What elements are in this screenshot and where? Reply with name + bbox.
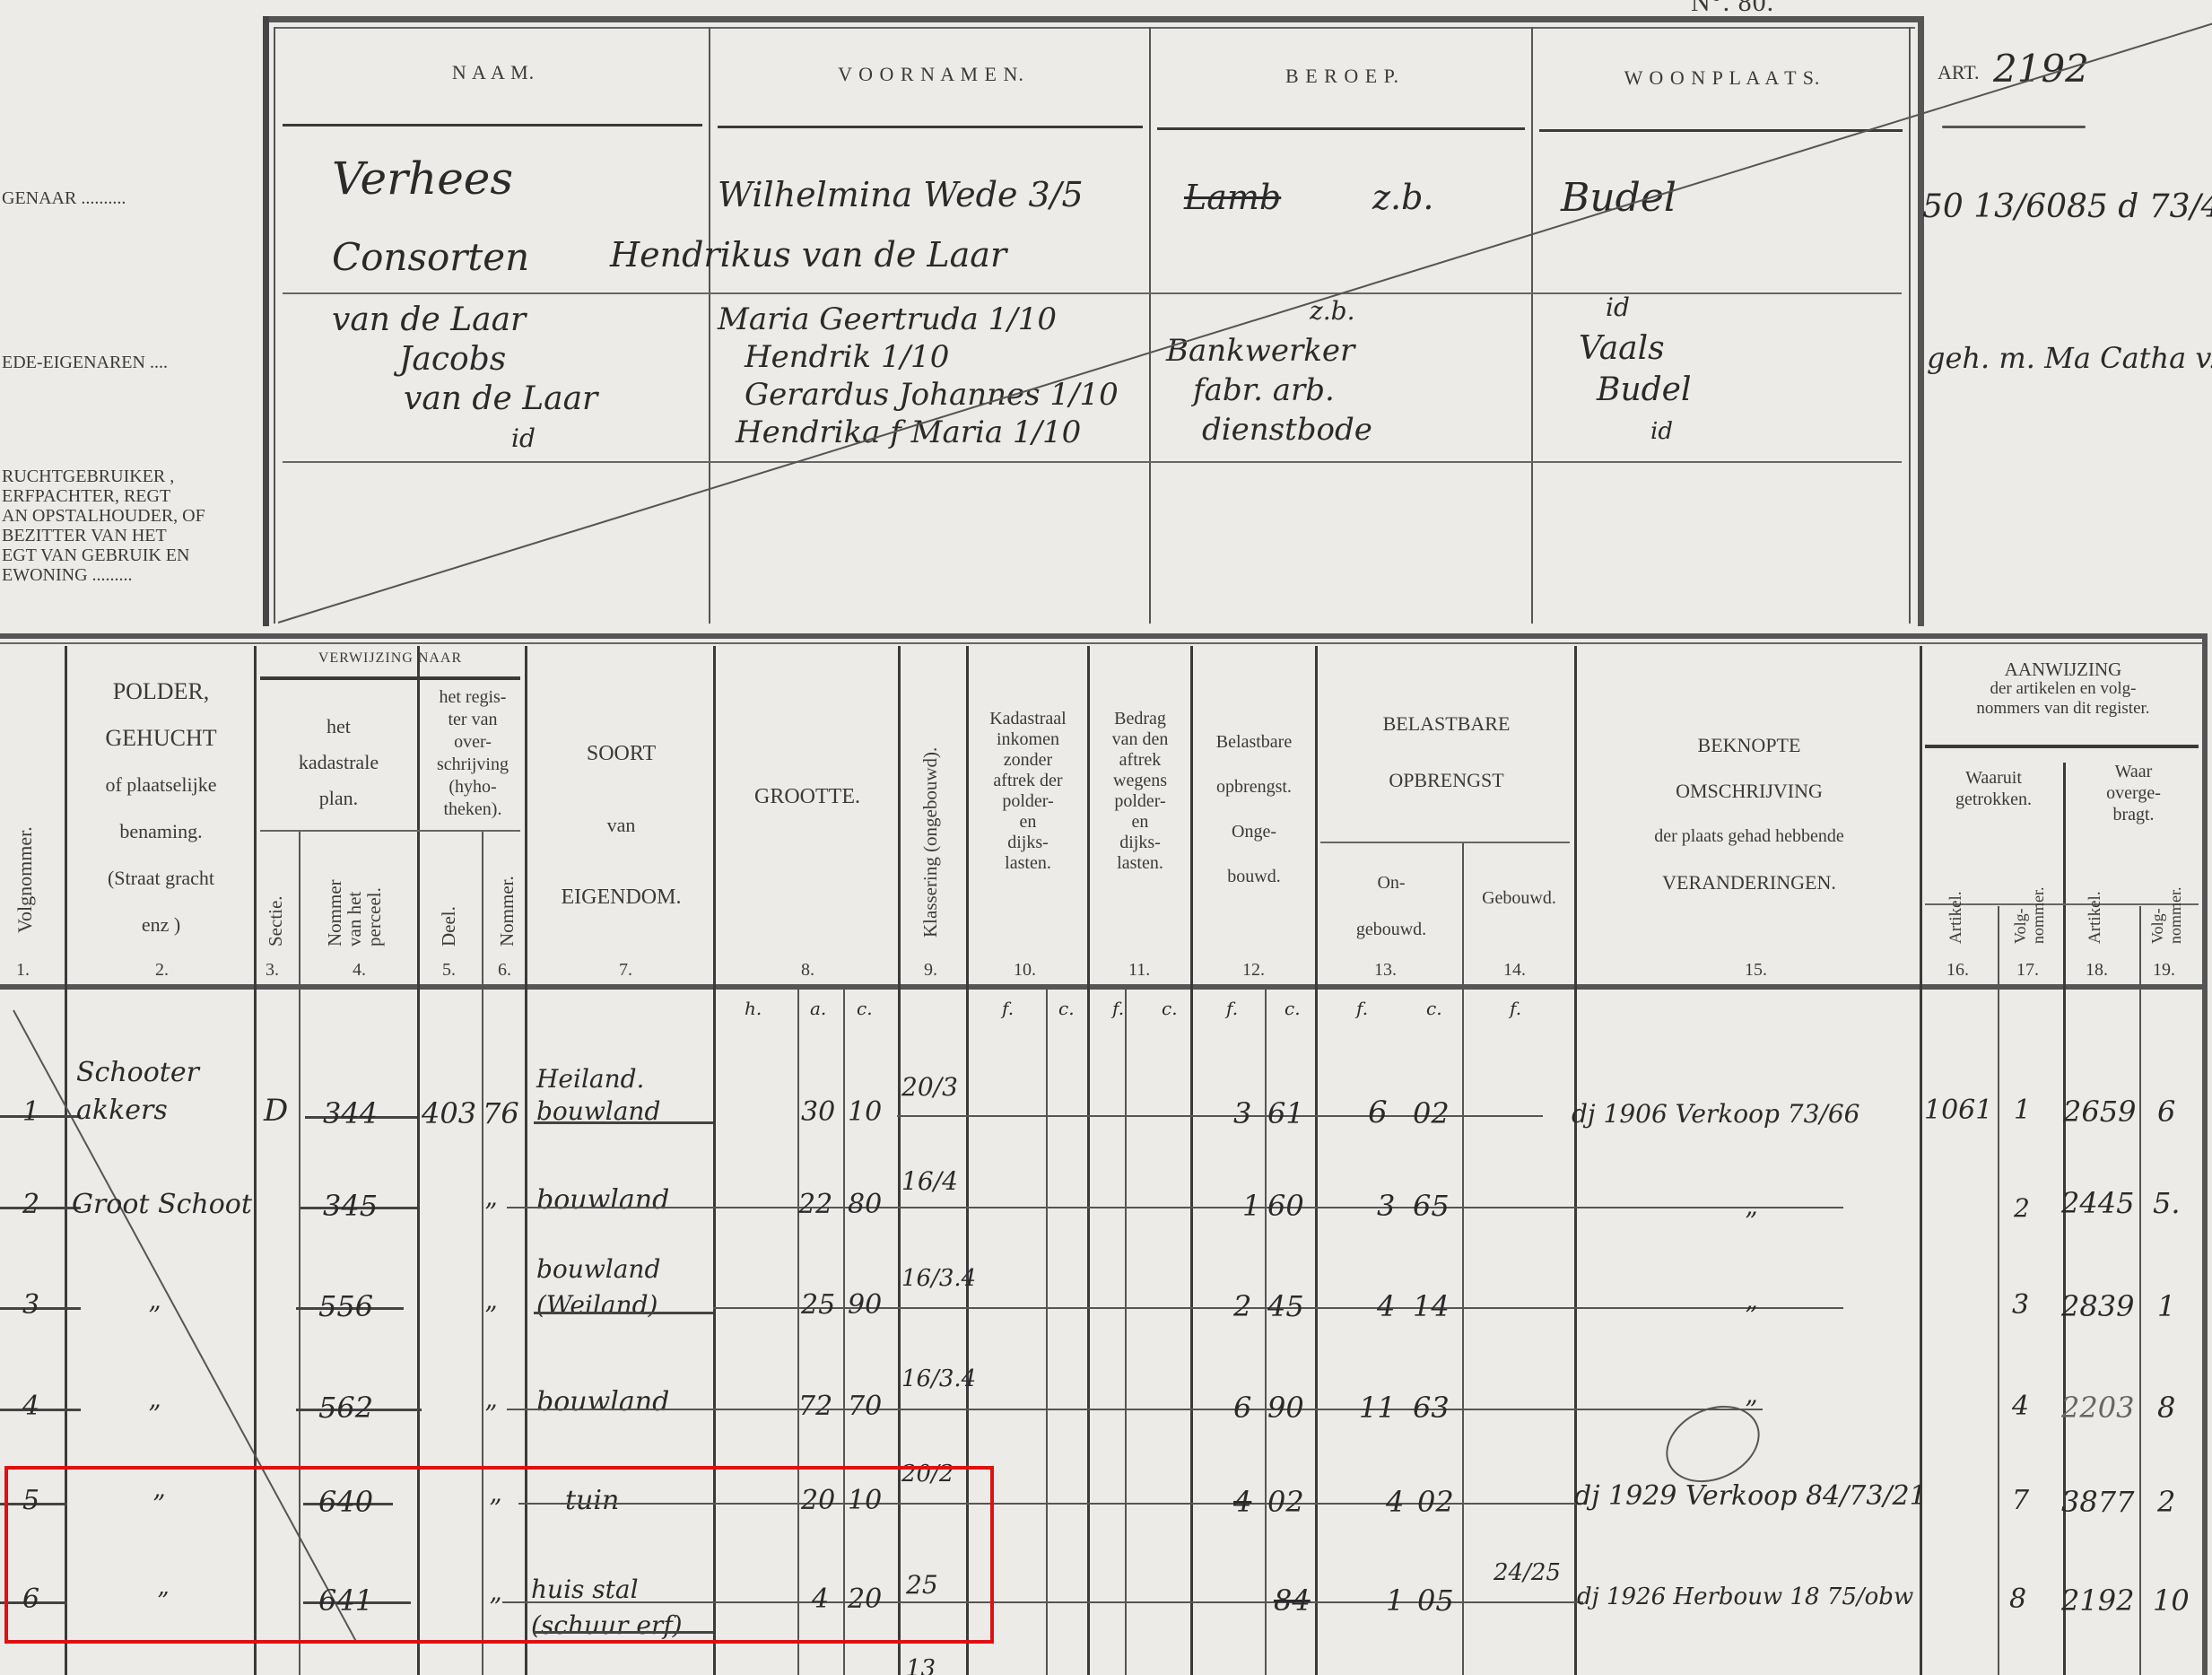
col-number-2: 2. xyxy=(155,960,169,981)
row-polder: ” xyxy=(148,1400,161,1429)
row-ongebouwd-c: 14 xyxy=(1413,1289,1450,1323)
row-omschrijving: dj 1929 Verkoop 84/73/21 xyxy=(1574,1480,1927,1512)
header-deel: Deel. xyxy=(438,906,460,947)
header-ongebouwd: On- gebouwd. xyxy=(1320,859,1462,953)
header-woonplaats: W O O N P L A A T S. xyxy=(1536,66,1909,90)
row-polder: ” xyxy=(148,1301,161,1330)
label-usufruct: RUCHTGEBRUIKER , ERFPACHTER, REGT AN OPS… xyxy=(2,467,205,585)
row-opbrengst-c: 84 xyxy=(1274,1583,1311,1618)
row-ongebouwd-c: 63 xyxy=(1413,1391,1450,1425)
row-area-c: 10 xyxy=(848,1096,882,1128)
row-ongebouwd-f: 3 xyxy=(1377,1189,1395,1223)
row-volg: 1 xyxy=(22,1096,39,1128)
header-nommer-perceel: Nommer van het perceel. xyxy=(325,848,384,947)
row-area-a: 72 xyxy=(798,1391,832,1422)
row-artikel-18: 2192 xyxy=(2061,1583,2134,1618)
row-area-a: 30 xyxy=(801,1096,835,1128)
header-volg-17: Volg- nommer. xyxy=(2011,872,2047,944)
row-volg-19: 8 xyxy=(2157,1391,2175,1425)
row-perceel: 344 xyxy=(323,1096,378,1130)
col-number-6: 6. xyxy=(498,960,511,981)
col-number-14: 14. xyxy=(1503,960,1526,981)
row-artikel-18: 2659 xyxy=(2063,1095,2136,1129)
row-artikel-18: 2203 xyxy=(2061,1391,2134,1425)
row-volg-17: 4 xyxy=(2012,1391,2029,1422)
unit-c-13: c. xyxy=(1426,998,1442,1019)
article-underline xyxy=(1942,126,2086,128)
owner-beroep: Lamb xyxy=(1184,178,1281,217)
col-number-4: 4. xyxy=(353,960,366,981)
row-opbrengst-f: 2 xyxy=(1233,1289,1251,1323)
header-voornamen: V O O R N A M E N. xyxy=(713,63,1149,86)
col-number-13: 13. xyxy=(1374,960,1397,981)
col-number-18: 18. xyxy=(2086,960,2108,981)
header-gebouwd: Gebouwd. xyxy=(1464,888,1574,909)
row-volg-17: 2 xyxy=(2014,1193,2030,1223)
col-number-3: 3. xyxy=(266,960,279,981)
row-area-a: 25 xyxy=(801,1289,835,1321)
header-waar: Waar overge- bragt. xyxy=(2065,761,2202,825)
row-ongebouwd-c: 02 xyxy=(1417,1485,1454,1519)
row-volg-19: 1 xyxy=(2157,1289,2175,1323)
col-number-7: 7. xyxy=(619,960,632,981)
label-owner: GENAAR .......... xyxy=(2,188,126,209)
row-ongebouwd-f: 1 xyxy=(1386,1583,1404,1618)
row-omschrijving: ” xyxy=(1745,1301,1757,1330)
row-gebouwd-f: 24/25 xyxy=(1494,1557,1561,1589)
header-polder: POLDER, GEHUCHT of plaatselijke benaming… xyxy=(68,668,254,948)
article-label: ART. xyxy=(1938,61,1980,84)
row-opbrengst-f: 4 xyxy=(1233,1485,1251,1519)
row-sectie: D xyxy=(264,1093,288,1129)
header-verwijzing: VERWIJZING NAAR xyxy=(260,650,520,667)
row-volg-17: 1 xyxy=(2014,1095,2031,1126)
col-number-8: 8. xyxy=(801,960,814,981)
margin-note-1: 50 13/6085 d 73/4 dj xyxy=(1922,188,2212,225)
header-kadaster: het kadastrale plan. xyxy=(260,709,417,816)
header-artikel-18: Artikel. xyxy=(2086,891,2105,944)
col-number-12: 12. xyxy=(1242,960,1265,981)
owner-beroep-2: z.b. xyxy=(1372,178,1434,217)
owner-voornamen: Wilhelmina Wede 3/5 xyxy=(718,175,1084,214)
header-klassering: Klassering (ongebouwd). xyxy=(919,747,942,938)
row-volg-19: 6 xyxy=(2157,1095,2175,1129)
row-area-c: 70 xyxy=(848,1391,882,1422)
row-area-c: 90 xyxy=(848,1289,882,1321)
row-soort: bouwland xyxy=(536,1386,669,1418)
partial-row-klasse: 13 xyxy=(906,1655,936,1675)
row-perceel: 556 xyxy=(318,1289,373,1323)
row-deel: 403 xyxy=(422,1096,476,1130)
unit-f-10: f. xyxy=(1002,998,1014,1019)
header-soort: SOORT van EIGENDOM. xyxy=(529,718,713,933)
owner-naam-2: Consorten xyxy=(332,235,529,279)
header-nommer: Nommer. xyxy=(496,876,518,947)
row-klasse: 16/4 xyxy=(901,1166,958,1196)
col-number-9: 9. xyxy=(924,960,937,981)
row-polder: Schooter akkers xyxy=(76,1054,251,1130)
unit-f-11: f. xyxy=(1112,998,1124,1019)
owner-voornamen-2: Hendrikus van de Laar xyxy=(610,235,1006,275)
col-number-19: 19. xyxy=(2153,960,2175,981)
row-ongebouwd-f: 4 xyxy=(1386,1485,1404,1519)
row-opbrengst-c: 02 xyxy=(1267,1485,1304,1519)
row-volg: 4 xyxy=(22,1391,39,1422)
row-opbrengst-f: 1 xyxy=(1242,1189,1260,1223)
row-volg-17: 7 xyxy=(2012,1485,2029,1516)
col-number-16: 16. xyxy=(1946,960,1969,981)
co-owner-woonplaats: id Vaals Budel id xyxy=(1579,287,1692,452)
row-artikel-18: 2839 xyxy=(2061,1289,2134,1323)
owner-woonplaats: Budel xyxy=(1561,175,1676,221)
row-nommer: ” xyxy=(484,1198,497,1227)
row-opbrengst-f: 6 xyxy=(1233,1391,1251,1425)
row-klasse: 16/3.4 xyxy=(901,1365,976,1392)
header-artikel-16: Artikel. xyxy=(1946,891,1966,944)
row-opbrengst-f: 3 xyxy=(1233,1096,1251,1130)
row-nommer: ” xyxy=(484,1301,497,1330)
row-volg-17: 8 xyxy=(2009,1583,2026,1615)
col-number-5: 5. xyxy=(442,960,456,981)
row-artikel-18: 2445 xyxy=(2061,1186,2134,1220)
row-volg: 2 xyxy=(22,1189,39,1220)
row-omschrijving: dj 1926 Herbouw 18 75/obw xyxy=(1577,1583,1913,1610)
row-perceel: 562 xyxy=(318,1391,373,1425)
article-number: 2192 xyxy=(1993,47,2089,91)
row-area-a: 22 xyxy=(798,1189,832,1220)
row-area-c: 80 xyxy=(848,1189,882,1220)
row-soort: Heiland. bouwland xyxy=(536,1063,711,1128)
unit-c: c. xyxy=(857,998,873,1019)
unit-c-11: c. xyxy=(1162,998,1178,1019)
header-sectie: Sectie. xyxy=(265,895,287,947)
unit-f-12: f. xyxy=(1226,998,1238,1019)
row-nommer: ” xyxy=(484,1400,497,1429)
header-naam: N A A M. xyxy=(278,61,709,84)
label-co-owners: EDE-EIGENAREN .... xyxy=(2,353,168,373)
row-volg-19: 10 xyxy=(2153,1583,2190,1618)
unit-f-13: f. xyxy=(1356,998,1368,1019)
row-opbrengst-c: 90 xyxy=(1267,1391,1304,1425)
header-belastbare-ongebouwd: Belastbare opbrengst. Onge- bouwd. xyxy=(1193,720,1315,899)
row-opbrengst-c: 60 xyxy=(1267,1189,1304,1223)
margin-note-2: geh. m. Ma Catha v.d. Laar xyxy=(1927,341,2212,375)
co-owner-voornamen: Maria Geertruda 1/10 Hendrik 1/10 Gerard… xyxy=(718,301,1119,451)
unit-c-12: c. xyxy=(1285,998,1301,1019)
row-ongebouwd-f: 4 xyxy=(1377,1289,1395,1323)
unit-c-10: c. xyxy=(1058,998,1075,1019)
row-opbrengst-c: 45 xyxy=(1267,1289,1304,1323)
owner-naam: Verhees xyxy=(332,153,513,205)
col-number-11: 11. xyxy=(1128,960,1150,981)
unit-a: a. xyxy=(810,998,826,1019)
header-waaruit: Waaruit getrokken. xyxy=(1924,767,2063,810)
row-omschrijving: dj 1906 Verkoop 73/66 xyxy=(1572,1099,1859,1129)
header-aanwijzing: AANWIJZING der artikelen en volg- nommer… xyxy=(1924,659,2202,719)
header-volg-19: Volg- nommer. xyxy=(2148,872,2184,944)
col-number-17: 17. xyxy=(2016,960,2039,981)
header-omschrijving: BEKNOPTE OMSCHRIJVING der plaats gehad h… xyxy=(1579,722,1920,905)
row-ongebouwd-f: 11 xyxy=(1359,1391,1396,1425)
col-number-1: 1. xyxy=(16,960,30,981)
unit-f-14: f. xyxy=(1510,998,1521,1019)
row-klasse: 20/3 xyxy=(901,1072,958,1102)
header-kadastraal-inkomen: Kadastraal inkomen zonder aftrek der pol… xyxy=(969,709,1087,874)
row-volg-17: 3 xyxy=(2012,1289,2029,1321)
header-beroep: B E R O E P. xyxy=(1154,65,1531,88)
row-volg-19: 5. xyxy=(2153,1186,2181,1220)
row-volg-19: 2 xyxy=(2157,1485,2175,1519)
row-soort: bouwland xyxy=(536,1184,669,1216)
row-perceel: 345 xyxy=(323,1189,378,1223)
row-ongebouwd-c: 05 xyxy=(1417,1583,1454,1618)
row-nommer: 76 xyxy=(483,1096,519,1130)
row-ongebouwd-c: 65 xyxy=(1413,1189,1450,1223)
row-artikel-16: 1061 xyxy=(1924,1095,1992,1126)
header-belastbare-opbrengst: BELASTBARE OPBRENGST xyxy=(1319,695,1574,808)
row-opbrengst-c: 61 xyxy=(1267,1096,1304,1130)
header-grootte: GROOTTE. xyxy=(718,785,897,809)
col-number-15: 15. xyxy=(1745,960,1767,981)
row-klasse: 16/3.4 xyxy=(901,1265,976,1292)
header-bedrag-aftrek: Bedrag van den aftrek wegens polder- en … xyxy=(1090,709,1190,874)
co-owner-naam: van de Laar Jacobs van de Laar id xyxy=(332,301,597,458)
row-artikel-18: 3877 xyxy=(2061,1485,2134,1519)
row-volg: 3 xyxy=(22,1289,39,1321)
row-ongebouwd-c: 02 xyxy=(1413,1096,1450,1130)
header-volgnommer: Volgnommer. xyxy=(13,826,37,933)
col-number-10: 10. xyxy=(1014,960,1036,981)
row-polder: Groot Schoot xyxy=(72,1189,252,1220)
highlight-box-rows-5-6 xyxy=(4,1466,994,1644)
row-ongebouwd-f: 6 xyxy=(1368,1095,1388,1130)
row-omschrijving: ” xyxy=(1745,1207,1757,1236)
header-register: het regis- ter van over- schrijving (hyh… xyxy=(420,686,526,821)
page-number: N°. 80. xyxy=(1691,0,1774,18)
unit-h: h. xyxy=(745,998,762,1019)
